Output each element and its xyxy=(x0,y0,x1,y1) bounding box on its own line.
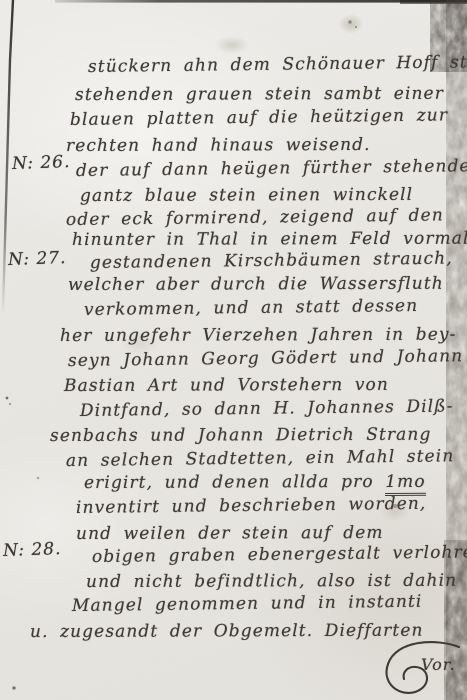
manuscript-line: Bastian Art und Vorstehern von xyxy=(64,375,389,396)
manuscript-line: obigen graben ebenergestalt verlohren, xyxy=(92,542,467,567)
manuscript-line: Mangel genommen und in instanti xyxy=(72,592,423,616)
manuscript-line: gestandenen Kirschbäumen strauch, xyxy=(90,249,453,273)
manuscript-line: oder eck formirend, zeigend auf den xyxy=(66,205,444,230)
manuscript-line: blauen platten auf die heützigen zur xyxy=(70,105,448,130)
top-scan-edge xyxy=(55,0,467,3)
margin-number-label: N: 27. xyxy=(8,248,67,270)
manuscript-line: her ungefehr Vierzehen Jahren in bey- xyxy=(60,325,456,346)
speck xyxy=(12,686,15,689)
catchword: Vor. xyxy=(421,655,456,674)
manuscript-line: stückern ahn dem Schönauer Hoff stük. xyxy=(88,52,467,77)
speck xyxy=(6,397,9,400)
speck xyxy=(355,26,357,28)
speck xyxy=(9,403,11,405)
manuscript-line: verkommen, und an statt dessen xyxy=(84,296,418,320)
margin-number-label: N: 28. xyxy=(3,539,62,561)
manuscript-line: an selchen Stadtetten, ein Mahl stein xyxy=(66,446,455,471)
manuscript-line: hinunter in Thal in einem Feld vormals xyxy=(72,229,467,250)
speck xyxy=(37,477,40,480)
corner-stain xyxy=(444,540,467,700)
manuscript-line: und nicht befindtlich, also ist dahin xyxy=(86,571,457,592)
manuscript-line: rechten hand hinaus weisend. xyxy=(66,135,371,156)
paper-stain xyxy=(215,36,249,54)
manuscript-line: und weilen der stein auf dem xyxy=(76,523,384,544)
underlined-word: 1mo xyxy=(385,472,426,496)
manuscript-line: u. zugesandt der Obgemelt. Dieffarten xyxy=(30,621,424,642)
top-scan-edge xyxy=(400,0,467,4)
manuscript-line: welcher aber durch die Wassersfluth xyxy=(68,274,444,295)
manuscript-line: senbachs und Johann Dietrich Strang xyxy=(50,425,432,446)
manuscript-page: N: 26.N: 27.N: 28. stückern ahn dem Schö… xyxy=(0,0,467,700)
margin-number-label: N: 26. xyxy=(12,152,71,174)
manuscript-line: gantz blaue stein einen winckell xyxy=(80,185,413,206)
manuscript-line: seyn Johann Georg Gödert und Johann xyxy=(68,346,464,371)
manuscript-line: der auf dann heügen fürther stehende xyxy=(76,156,467,181)
manuscript-line: Dintfand, so dann H. Johannes Dilß- xyxy=(80,396,454,421)
speck xyxy=(348,20,351,23)
manuscript-line: stehenden grauen stein sambt einer xyxy=(75,84,444,105)
manuscript-line: erigirt, und denen allda pro 1mo xyxy=(84,472,426,493)
manuscript-line: inventirt und beschrieben worden, xyxy=(76,494,427,518)
paper-stain xyxy=(338,14,364,34)
